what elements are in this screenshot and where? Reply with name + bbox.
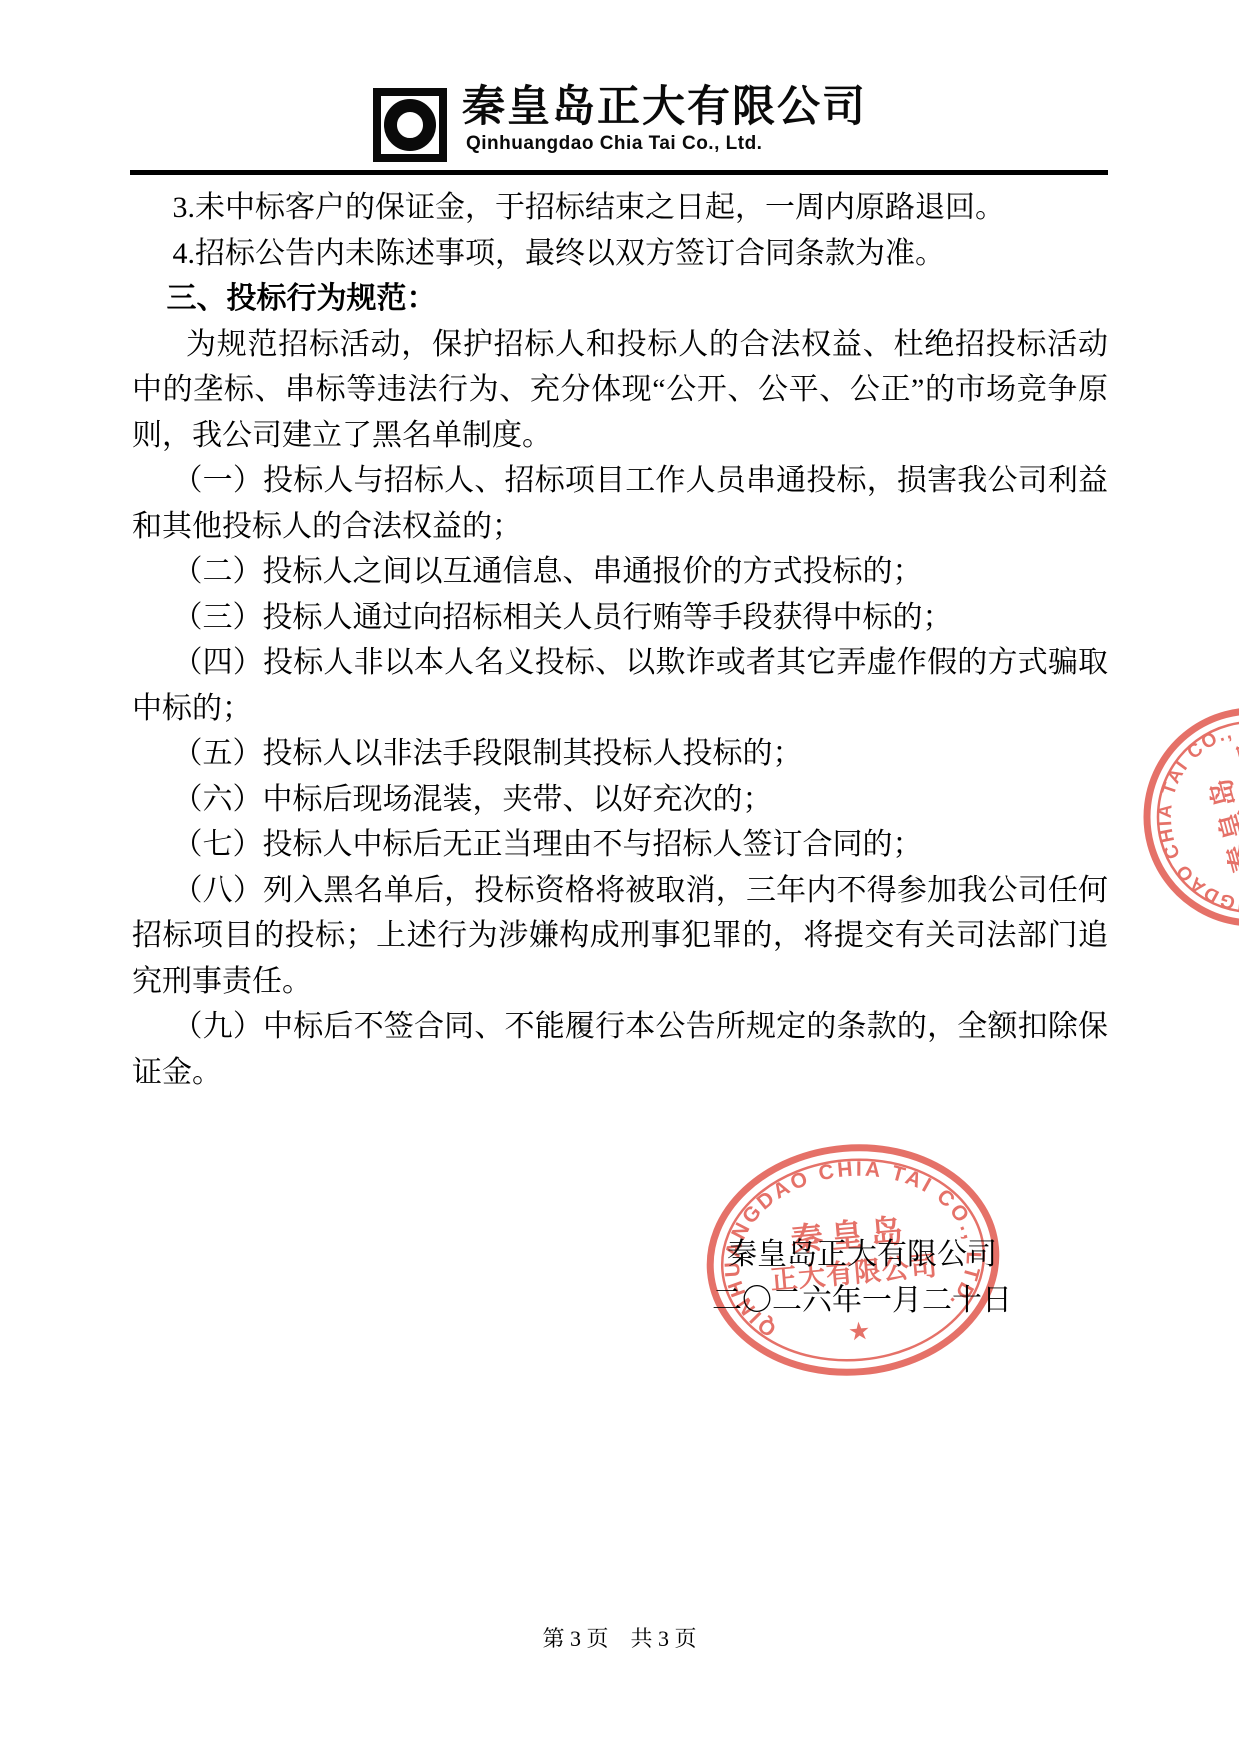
clause-1: （一）投标人与招标人、招标项目工作人员串通投标，损害我公司利益和其他投标人的合法… bbox=[132, 458, 1108, 549]
company-name-en: Qinhuangdao Chia Tai Co., Ltd. bbox=[466, 133, 762, 155]
document-body: 3.未中标客户的保证金，于招标结束之日起，一周内原路退回。 4.招标公告内未陈述… bbox=[132, 185, 1108, 1095]
logo-ring-shape bbox=[384, 99, 436, 151]
header-divider bbox=[130, 170, 1108, 175]
clause-3: （三）投标人通过向招标相关人员行贿等手段获得中标的； bbox=[132, 595, 1108, 641]
seal-ring-text: QINHUANGDAO CHIA TAI CO., LTD. bbox=[1133, 705, 1239, 938]
clause-6: （六）中标后现场混装，夹带、以好充次的； bbox=[132, 777, 1108, 823]
clause-9: （九）中标后不签合同、不能履行本公告所规定的条款的，全额扣除保证金。 bbox=[132, 1004, 1108, 1095]
clause-7: （七）投标人中标后无正当理由不与招标人签订合同的； bbox=[132, 822, 1108, 868]
page-number: 第 3 页 共 3 页 bbox=[542, 1626, 696, 1651]
company-logo-icon bbox=[373, 88, 447, 162]
clause-5: （五）投标人以非法手段限制其投标人投标的； bbox=[132, 731, 1108, 777]
clause-4: （四）投标人非以本人名义投标、以欺诈或者其它弄虚作假的方式骗取中标的； bbox=[132, 640, 1108, 731]
clause-2: （二）投标人之间以互通信息、串通报价的方式投标的； bbox=[132, 549, 1108, 595]
company-seal-stamp-edge-icon: QINHUANGDAO CHIA TAI CO., LTD. 秦皇岛 正大有限公… bbox=[1112, 676, 1239, 958]
document-page: 秦皇岛正大有限公司 Qinhuangdao Chia Tai Co., Ltd.… bbox=[0, 0, 1239, 1754]
signature-company: 秦皇岛正大有限公司 bbox=[672, 1232, 1052, 1278]
page-footer: 第 3 页 共 3 页 bbox=[0, 1622, 1239, 1653]
signature-block: 秦皇岛正大有限公司 二〇二六年一月二十日 bbox=[672, 1232, 1052, 1324]
numbered-item-3: 3.未中标客户的保证金，于招标结束之日起，一周内原路退回。 bbox=[132, 185, 1108, 231]
company-name-cn: 秦皇岛正大有限公司 bbox=[462, 84, 867, 131]
letterhead: 秦皇岛正大有限公司 Qinhuangdao Chia Tai Co., Ltd. bbox=[0, 0, 1239, 170]
intro-paragraph: 为规范招标活动，保护招标人和投标人的合法权益、杜绝招投标活动中的垄标、串标等违法… bbox=[132, 322, 1108, 459]
section-heading: 三、投标行为规范： bbox=[132, 276, 1108, 322]
seal-cn-bottom: 正大有限公司 bbox=[1233, 738, 1239, 890]
svg-text:QINHUANGDAO CHIA TAI CO., LTD.: QINHUANGDAO CHIA TAI CO., LTD. bbox=[1133, 705, 1239, 938]
numbered-item-4: 4.招标公告内未陈述事项，最终以双方签订合同条款为准。 bbox=[132, 231, 1108, 277]
seal-cn-top: 秦皇岛 bbox=[1202, 770, 1239, 877]
signature-date: 二〇二六年一月二十日 bbox=[672, 1278, 1052, 1324]
clause-8: （八）列入黑名单后，投标资格将被取消，三年内不得参加我公司任何招标项目的投标；上… bbox=[132, 868, 1108, 1005]
